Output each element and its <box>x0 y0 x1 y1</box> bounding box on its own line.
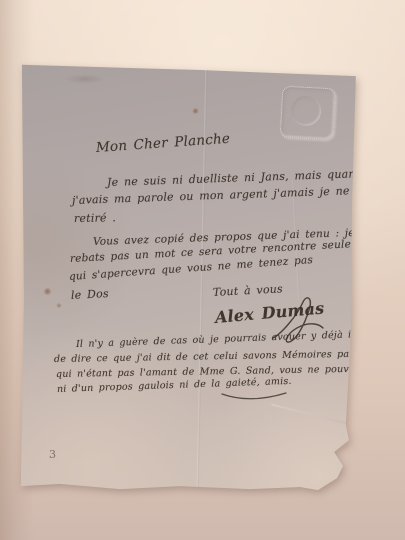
postscript-line: de dire ce que j'ai dit de cet celui sav… <box>54 348 405 365</box>
paper-shadow: Mon Cher Planche Je ne suis ni duelliste… <box>0 0 405 540</box>
embossed-stationery-stamp <box>280 86 337 141</box>
ink-stain-spot <box>192 108 199 114</box>
letter-paper: Mon Cher Planche Je ne suis ni duelliste… <box>15 60 360 497</box>
postscript-underline-flourish <box>220 390 290 404</box>
body-line: le Dos <box>71 287 109 302</box>
edge-discoloration <box>65 74 105 84</box>
pencil-page-number: 3 <box>49 448 56 461</box>
salutation-line: Mon Cher Planche <box>95 131 230 156</box>
body-line: retiré . <box>74 211 116 225</box>
postscript-line: Il n'y a guère de cas où je pourrais avo… <box>76 328 378 350</box>
vertical-fold-crease <box>196 60 207 497</box>
diagonal-crease <box>271 404 364 428</box>
photo-of-letter: Mon Cher Planche Je ne suis ni duelliste… <box>0 0 405 540</box>
foxing-spot <box>56 303 62 308</box>
foxing-spot <box>43 288 52 295</box>
